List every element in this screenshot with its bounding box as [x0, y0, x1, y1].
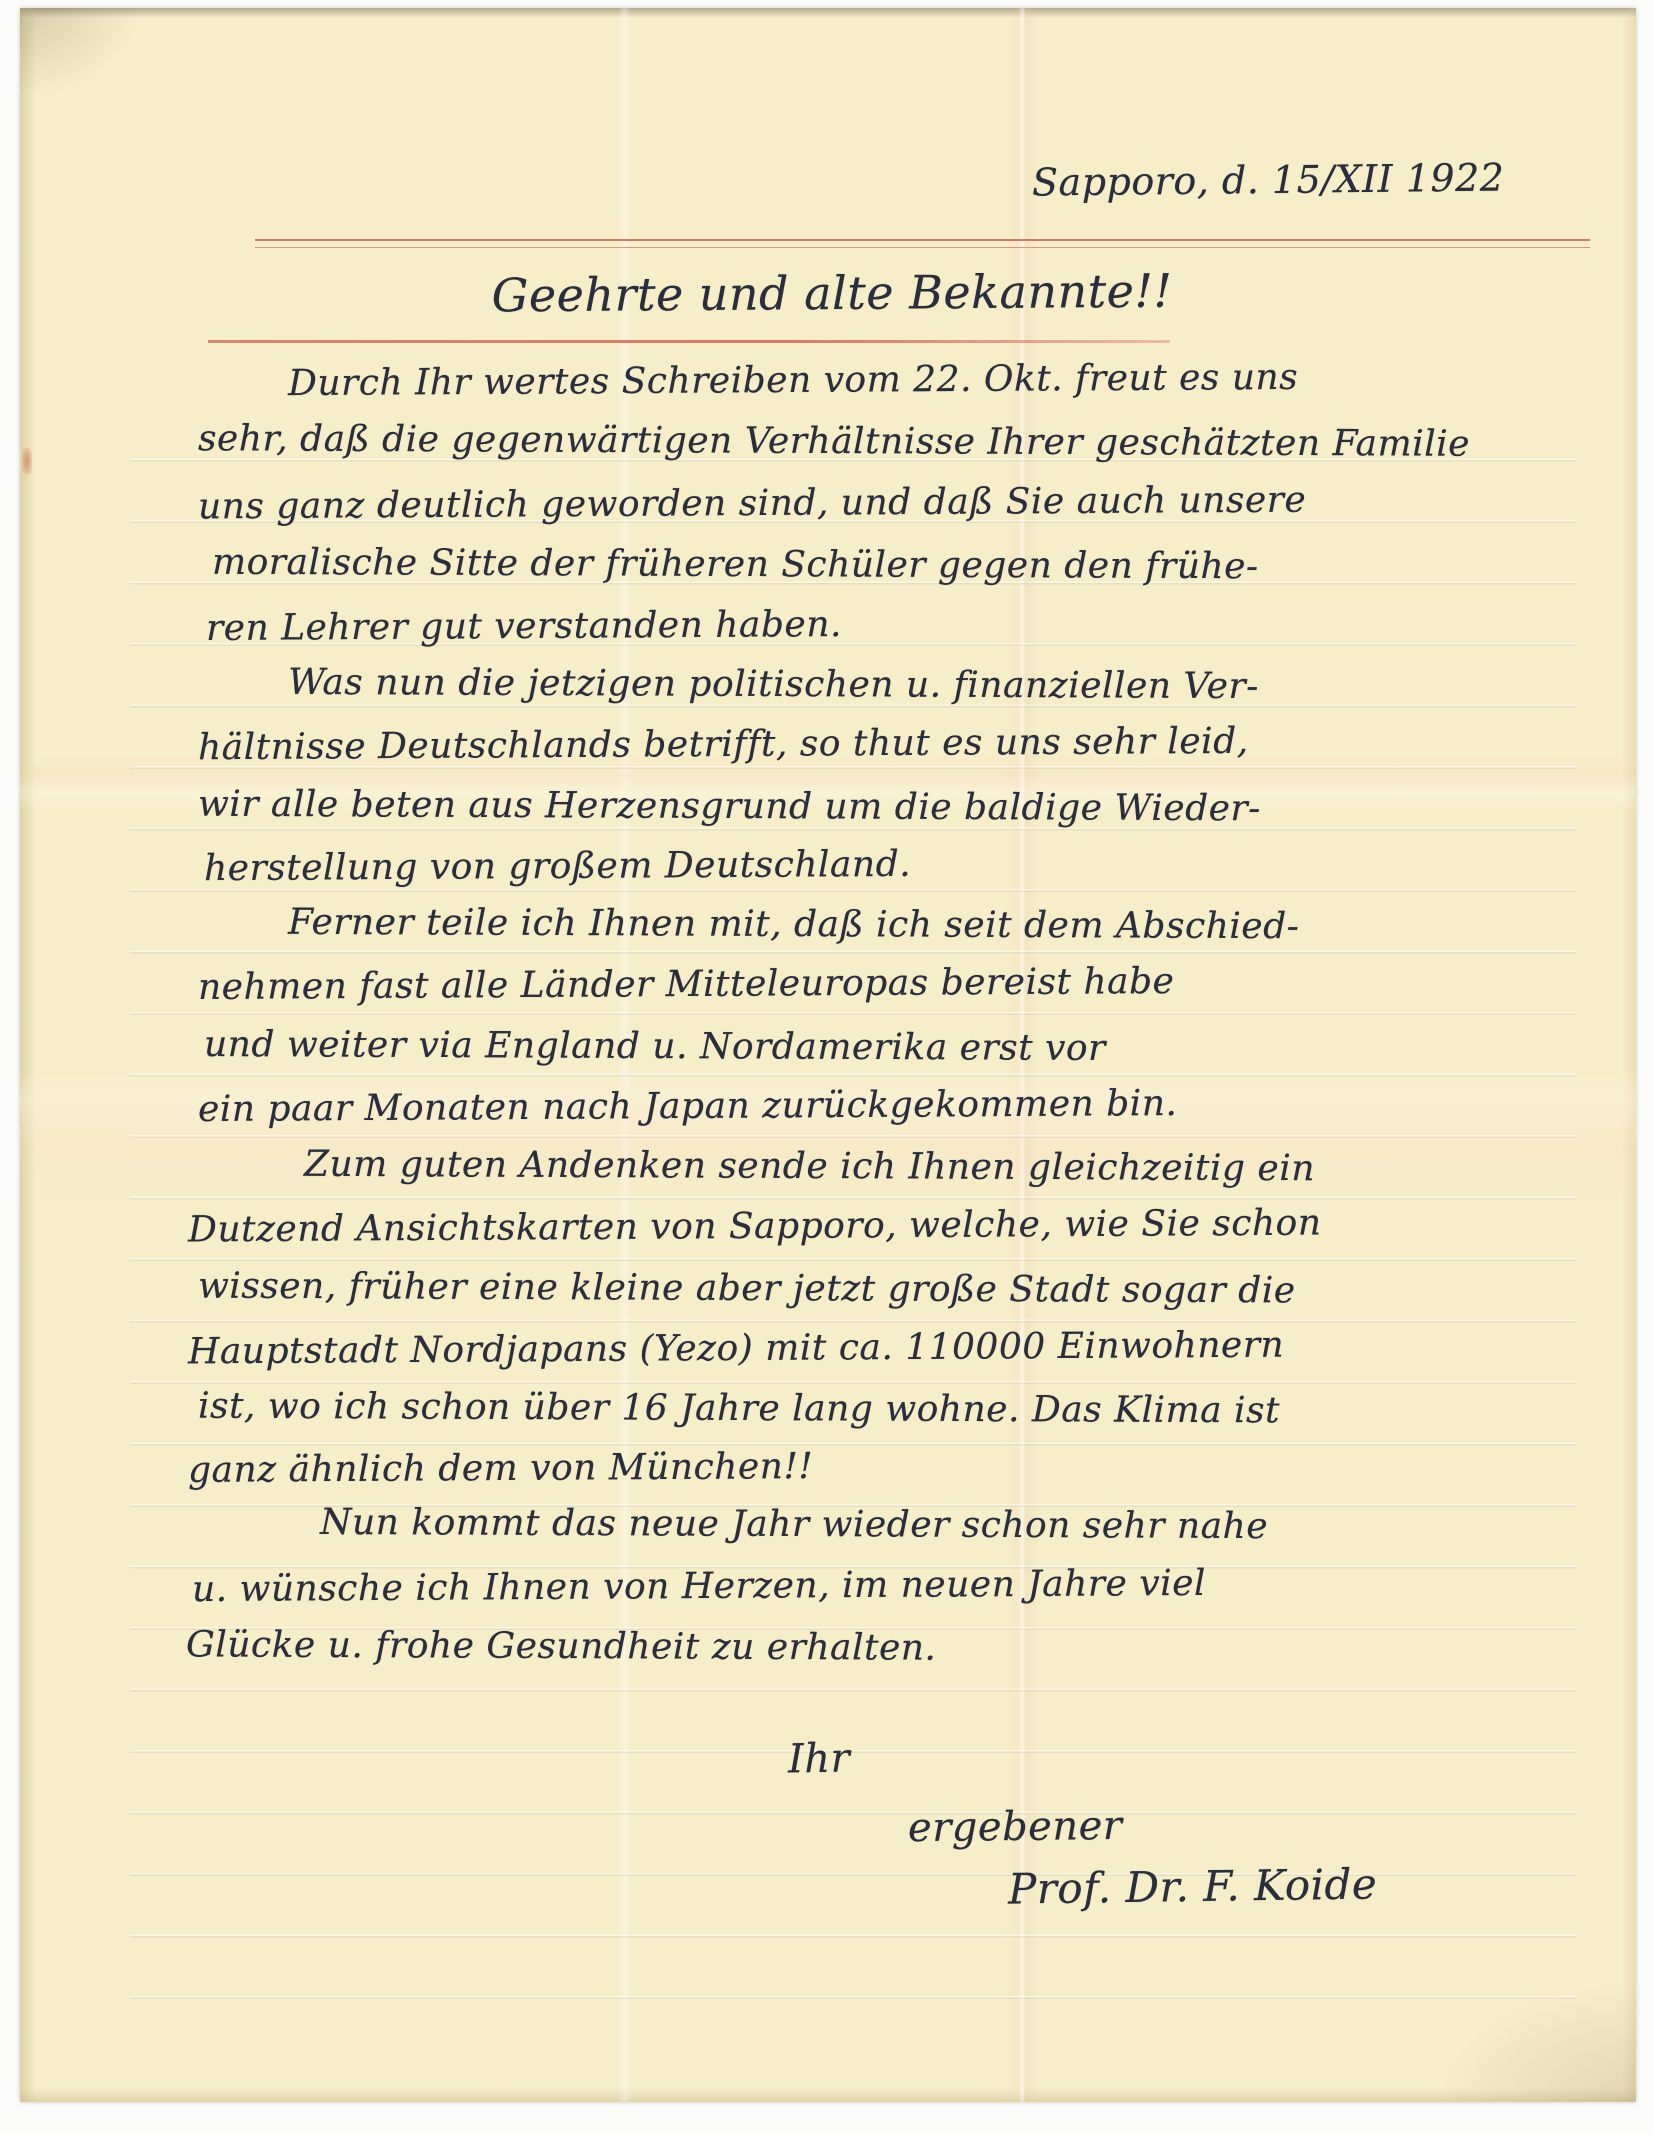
paper-edge-shadow-right	[1622, 8, 1636, 2102]
handwritten-line: Glücke u. frohe Gesundheit zu erhalten.	[186, 1624, 937, 1668]
paper-edge-shadow-top	[20, 8, 1636, 18]
handwritten-line: sehr, daß die gegenwärtigen Verhältnisse…	[198, 418, 1470, 465]
salutation: Geehrte und alte Bekannte!!	[452, 263, 1212, 322]
handwritten-line: ein paar Monaten nach Japan zurückgekomm…	[198, 1083, 1178, 1130]
handwritten-line: hältnisse Deutschlands betrifft, so thut…	[198, 721, 1249, 768]
handwritten-line: herstellung von großem Deutschland.	[204, 844, 911, 889]
paper-blemish	[22, 448, 32, 474]
handwritten-line: und weiter via England u. Nordamerika er…	[204, 1024, 1106, 1069]
handwritten-line: wir alle beten aus Herzensgrund um die b…	[198, 784, 1261, 830]
closing-pronoun: Ihr	[788, 1735, 851, 1782]
handwritten-line: nehmen fast alle Länder Mitteleuropas be…	[198, 961, 1175, 1008]
handwritten-line: ist, wo ich schon über 16 Jahre lang woh…	[198, 1386, 1280, 1432]
red-header-rule	[255, 239, 1590, 248]
handwritten-line: Nun kommt das neue Jahr wieder schon seh…	[320, 1502, 1268, 1547]
closing-valediction: ergebener	[908, 1803, 1123, 1851]
dateline: Sapporo, d. 15/XII 1922	[1032, 156, 1505, 205]
handwritten-line: ganz ähnlich dem von München!!	[188, 1446, 814, 1491]
handwritten-line: Ferner teile ich Ihnen mit, daß ich seit…	[288, 902, 1300, 947]
red-salutation-rule	[208, 340, 1170, 343]
handwritten-line: ren Lehrer gut verstanden haben.	[206, 604, 842, 649]
letter-paper: Sapporo, d. 15/XII 1922 Geehrte und alte…	[20, 8, 1636, 2102]
handwritten-line: Durch Ihr wertes Schreiben vom 22. Okt. …	[288, 357, 1298, 404]
signature: Prof. Dr. F. Koide	[1008, 1859, 1378, 1913]
handwritten-line: u. wünsche ich Ihnen von Herzen, im neue…	[192, 1563, 1206, 1610]
handwritten-line: Was nun die jetzigen politischen u. fina…	[288, 662, 1259, 707]
handwritten-line: moralische Sitte der früheren Schüler ge…	[212, 542, 1259, 588]
handwritten-line: wissen, früher eine kleine aber jetzt gr…	[198, 1266, 1296, 1312]
paper-edge-shadow-bottom	[20, 2088, 1636, 2102]
paper-edge-shadow-left	[20, 8, 36, 2102]
handwritten-line: Zum guten Andenken sende ich Ihnen gleic…	[304, 1144, 1315, 1189]
corner-shadow-top-left	[20, 8, 140, 98]
handwritten-line: Dutzend Ansichtskarten von Sapporo, welc…	[188, 1203, 1322, 1251]
corner-shadow-bottom-right	[1436, 1982, 1636, 2102]
handwritten-line: Hauptstadt Nordjapans (Yezo) mit ca. 110…	[188, 1325, 1284, 1373]
handwritten-line: uns ganz deutlich geworden sind, und daß…	[198, 480, 1306, 528]
